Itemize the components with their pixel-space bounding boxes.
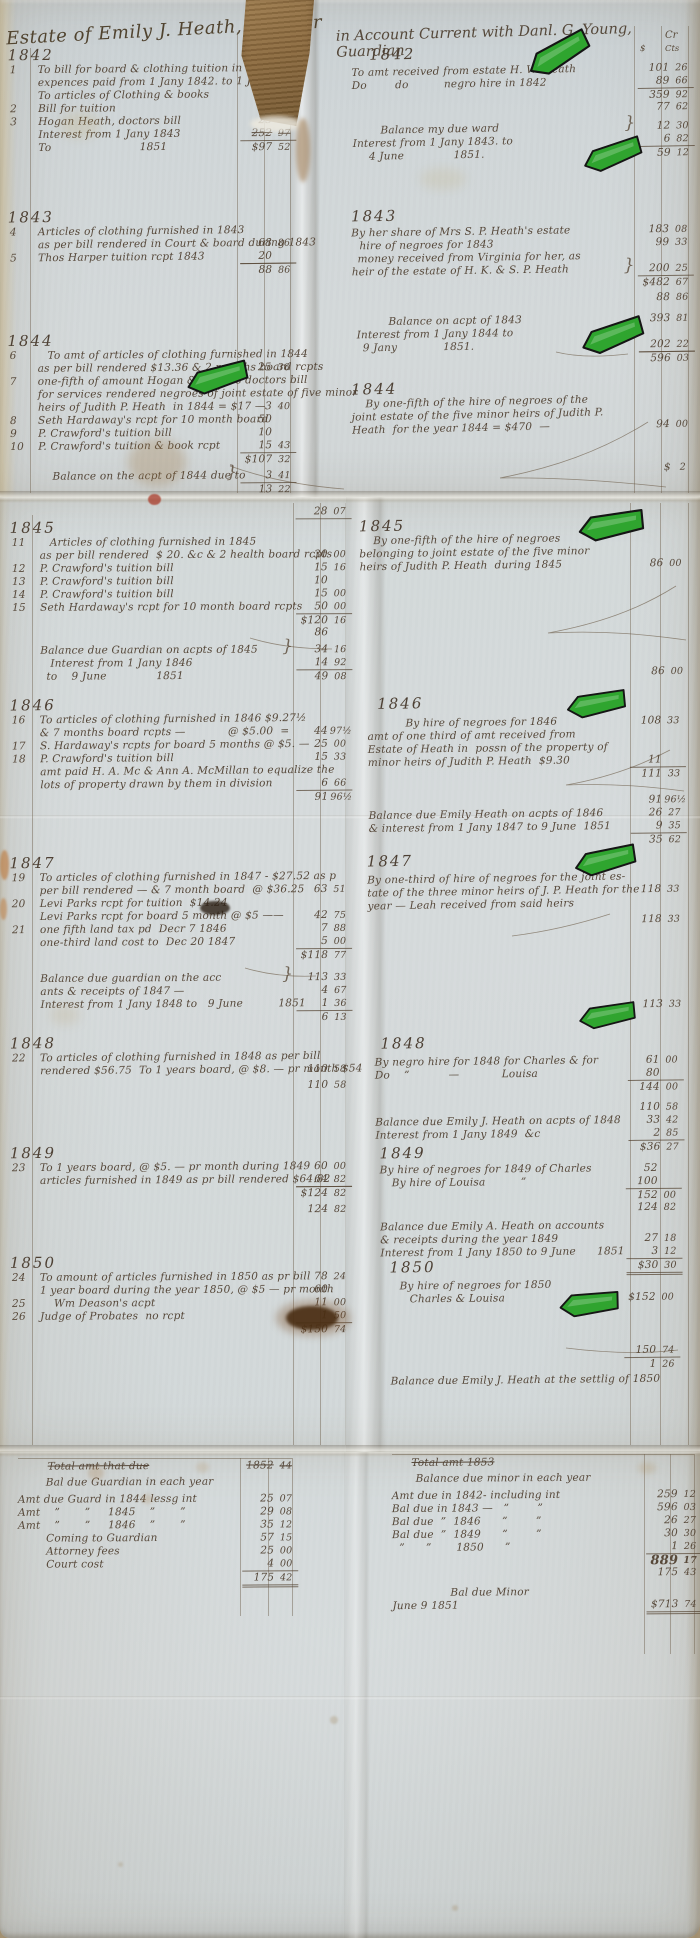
amount-dollars: 59 bbox=[639, 146, 673, 160]
year-heading: 1842 bbox=[351, 43, 697, 64]
amount-dollars: 44 bbox=[296, 725, 330, 738]
amount-dollars: 88 bbox=[240, 264, 274, 277]
amount-cell: 7824 bbox=[296, 1270, 352, 1283]
amount-dollars: 68 bbox=[240, 237, 274, 250]
year-heading: 1846 bbox=[367, 694, 689, 713]
row-number: 15 bbox=[12, 602, 36, 615]
amount-cell: 6100 bbox=[628, 1053, 684, 1067]
torn-paper-edge bbox=[250, 116, 302, 132]
ledger-row: To 1851$9752 bbox=[8, 140, 300, 156]
amount-cents bbox=[660, 1175, 680, 1188]
amount-cents: 08 bbox=[330, 670, 350, 683]
amount-dollars: 80 bbox=[628, 1067, 662, 1080]
amount-cents: 35 bbox=[665, 819, 685, 832]
amount-cents: 42 bbox=[276, 1571, 296, 1584]
ledger-row: 11833 bbox=[368, 912, 690, 930]
amount-cents: 27 bbox=[680, 1514, 700, 1527]
ledger-row: June 9 1851$71374 bbox=[392, 1598, 700, 1613]
row-number: 13 bbox=[12, 576, 36, 589]
ledger-row: $11877 bbox=[10, 948, 356, 963]
row-text: Balance due Emily J. Heath at the settli… bbox=[391, 1373, 661, 1389]
amount-cell: 9196½ bbox=[296, 790, 352, 804]
row-text: By hire of Louisa ” bbox=[392, 1176, 527, 1190]
amount-cell: 11058 bbox=[296, 1063, 352, 1076]
amount-dollars: 34 bbox=[296, 643, 330, 656]
amount-cents: 86 bbox=[672, 291, 692, 304]
amount-cents: 77 bbox=[330, 949, 350, 962]
amount-cell: 8886 bbox=[240, 263, 296, 278]
amount-cell: 136 bbox=[296, 997, 352, 1010]
amount-dollars: 60 bbox=[296, 1160, 330, 1173]
amount-cents: 07 bbox=[276, 1492, 296, 1505]
row-text: P. Crawford's tuition bill bbox=[40, 588, 174, 602]
amount-cents: 26 bbox=[671, 61, 691, 74]
amount-cell: 5000 bbox=[296, 600, 352, 613]
amount-cents: 00 bbox=[662, 1053, 682, 1066]
amount-cents: 2 bbox=[673, 460, 693, 473]
row-text: P. Crawford's tuition bill bbox=[40, 575, 174, 589]
amount-cell: 400 bbox=[242, 1557, 298, 1570]
amount-cents: 00 bbox=[330, 600, 350, 613]
amount-cents bbox=[330, 1283, 350, 1296]
ledger-section-right-1845: 1845By one-fifth of the hire of negroesb… bbox=[359, 516, 693, 683]
row-text: P. Crawford's tuition bill bbox=[40, 562, 174, 576]
amount-dollars: $152 bbox=[624, 1291, 658, 1304]
amount-dollars: 3 bbox=[240, 469, 274, 482]
amount-cents: 82 bbox=[660, 1201, 680, 1214]
amount-cell: 100 bbox=[626, 1175, 682, 1188]
ledger-row: $2 bbox=[353, 460, 699, 480]
amount-dollars: 89 bbox=[638, 74, 672, 88]
amount-dollars: 101 bbox=[637, 61, 671, 75]
amount-dollars: 175 bbox=[242, 1571, 276, 1584]
amount-cents: 62 bbox=[672, 100, 692, 113]
amount-dollars: 57 bbox=[242, 1531, 276, 1544]
amount-dollars: 124 bbox=[626, 1201, 660, 1214]
ledger-row: $12482 bbox=[10, 1186, 356, 1201]
amount-cell: 59603 bbox=[639, 351, 695, 366]
row-number: 26 bbox=[12, 1311, 36, 1324]
year-heading: 1848 bbox=[374, 1034, 687, 1052]
amount-cents: 32 bbox=[274, 453, 294, 466]
amount-cell: 6000 bbox=[296, 1160, 352, 1173]
edge-stain bbox=[0, 898, 7, 920]
amount-cents: 16 bbox=[330, 643, 350, 656]
amount-cents: 26 bbox=[658, 1358, 678, 1371]
amount-dollars: 6 bbox=[296, 777, 330, 790]
row-number: 22 bbox=[12, 1052, 36, 1065]
amount-cents: 82 bbox=[673, 132, 693, 145]
ledger-row: 17542 bbox=[18, 1570, 302, 1584]
ledger-section-right-1849: 1849By hire of negroes for 1849 of Charl… bbox=[379, 1145, 686, 1274]
amount-dollars: 124 bbox=[296, 1203, 330, 1216]
amount-dollars: 7 bbox=[296, 922, 330, 935]
amount-cents: 82 bbox=[330, 1187, 350, 1200]
row-number: 24 bbox=[12, 1272, 36, 1285]
amount-cell: 1516 bbox=[296, 561, 352, 574]
row-number: 10 bbox=[10, 441, 34, 454]
amount-cents bbox=[662, 1066, 682, 1079]
row-text: Articles of clothing furnished in 1845 bbox=[50, 536, 257, 550]
amount-dollars: $713 bbox=[646, 1598, 680, 1611]
ledger-row: 8600 bbox=[361, 665, 693, 683]
amount-cell: 3030 bbox=[646, 1527, 700, 1540]
ledger-section-left-1845: 2807184511Articles of clothing furnished… bbox=[10, 505, 357, 684]
amount-cell: 1322 bbox=[240, 482, 296, 496]
amount-cents: 58 bbox=[330, 1079, 350, 1092]
amount-dollars: 10 bbox=[240, 426, 274, 439]
wax-dot bbox=[148, 494, 161, 505]
amount-cents: 16 bbox=[330, 561, 350, 574]
amount-cell: $10732 bbox=[240, 452, 296, 466]
amount-cents: 58 bbox=[662, 1100, 682, 1113]
amount-cents: 22 bbox=[274, 483, 294, 496]
amount-cents: 86 bbox=[274, 237, 294, 250]
brace-mark: } bbox=[226, 466, 237, 479]
amount-cell: 11058 bbox=[628, 1100, 684, 1114]
ledger-section-right-1846: 1846By hire of negroes for 184610833amt … bbox=[367, 694, 691, 849]
amount-cents: 97½ bbox=[330, 725, 352, 738]
amount-dollars: 118 bbox=[630, 913, 664, 927]
row-text: Amt due Guard in 1844 lessg int bbox=[18, 1493, 197, 1507]
ledger-section-left-1849: 184923To 1 years board, @ $5. — pr month… bbox=[10, 1145, 356, 1218]
amount-dollars: 49 bbox=[296, 670, 330, 683]
amount-dollars: 26 bbox=[646, 1514, 680, 1527]
ledger-row: 8886 bbox=[352, 291, 698, 309]
amount-dollars: 86 bbox=[633, 665, 667, 678]
row-text: Amt ” ” 1845 ” ” bbox=[18, 1506, 186, 1520]
amount-dollars: 15 bbox=[296, 587, 330, 600]
scanned-ledger-document: { "document": { "title_left": "Estate of… bbox=[0, 0, 700, 1938]
amount-cents: 33 bbox=[663, 714, 683, 727]
row-text: Bal due Minor bbox=[450, 1586, 529, 1600]
amount-cents: 36 bbox=[274, 361, 294, 374]
amount-cents bbox=[330, 626, 350, 639]
amount-dollars: 77 bbox=[638, 100, 672, 114]
amount-dollars: 35 bbox=[631, 833, 665, 846]
amount-cents: 66 bbox=[330, 777, 350, 790]
amount-cell: 10 bbox=[240, 426, 296, 439]
amount-cents: 00 bbox=[662, 1080, 682, 1093]
row-text: Judge of Probates no rcpt bbox=[40, 1310, 185, 1324]
ledger-section-right-1850: 1850By hire of negroes for 1850Charles &… bbox=[389, 1258, 684, 1388]
amount-cell: 2807 bbox=[296, 505, 352, 519]
row-text: Heath for the year 1844 = $470 — bbox=[352, 420, 550, 437]
amount-cell: 10833 bbox=[629, 714, 685, 728]
amount-cell: 52 bbox=[626, 1162, 682, 1175]
amount-dollars: 25 bbox=[240, 361, 274, 374]
amount-cell: 5715 bbox=[242, 1531, 298, 1544]
amount-cents: 58 bbox=[330, 1063, 350, 1076]
ledger-section-left-1847: 184719To articles of clothing furnished … bbox=[9, 855, 356, 1025]
row-text: Wm Deason's acpt bbox=[54, 1297, 155, 1311]
year-heading: 1849 bbox=[379, 1145, 685, 1163]
ledger-row: 12482 bbox=[380, 1201, 686, 1217]
amount-cell: 126 bbox=[624, 1357, 680, 1372]
amount-dollars: 100 bbox=[626, 1175, 660, 1188]
row-text: to 9 June 1851 bbox=[46, 670, 183, 684]
ledger-entries: 18421To bill for board & clothing tuitio… bbox=[0, 0, 700, 1938]
amount-cell: 2718 bbox=[626, 1232, 682, 1245]
ledger-row: Balance due Emily J. Heath at the settli… bbox=[391, 1372, 685, 1388]
ledger-section-right-1842: 1842To amt received from estate H. W. He… bbox=[351, 43, 699, 164]
amount-dollars: $107 bbox=[240, 453, 274, 466]
amount-dollars: 10 bbox=[296, 574, 330, 587]
amount-cents: 00 bbox=[672, 418, 692, 431]
amount-cents: 44 bbox=[276, 1459, 296, 1472]
amount-cell: $15200 bbox=[624, 1291, 680, 1305]
amount-cell: 2536 bbox=[240, 361, 296, 374]
amount-dollars: 202 bbox=[639, 338, 673, 351]
ledger-section-right-1847: 1847By one-third of hire of negroes for … bbox=[367, 850, 691, 1015]
amount-cell: 1543 bbox=[240, 439, 296, 452]
row-number: 5 bbox=[10, 252, 34, 265]
amount-cell: 500 bbox=[296, 935, 352, 948]
foxing-spot bbox=[452, 1905, 458, 1911]
ink-blot bbox=[286, 1306, 338, 1330]
row-text: Balance due guardian on the acc bbox=[40, 972, 221, 986]
amount-dollars: 91 bbox=[296, 791, 330, 804]
amount-dollars: 35 bbox=[242, 1518, 276, 1531]
amount-cents: 12 bbox=[660, 1245, 680, 1258]
row-number: 3 bbox=[10, 116, 34, 129]
row-text: Interest from 1 Jany 1846 bbox=[50, 657, 192, 671]
amount-cell: 60 bbox=[296, 1283, 352, 1296]
amount-cents bbox=[660, 1162, 680, 1175]
amount-cents bbox=[664, 753, 684, 766]
amount-cell: $11877 bbox=[296, 948, 352, 962]
amount-cell: $9752 bbox=[240, 140, 296, 154]
foxing-spot bbox=[60, 112, 100, 138]
ledger-section-right-1843: 1843By her share of Mrs S. P. Heath's es… bbox=[351, 206, 699, 369]
amount-cell: 9400 bbox=[638, 417, 694, 431]
row-text: 4 June 1851. bbox=[369, 149, 485, 164]
row-text: Charles & Louisa bbox=[410, 1292, 505, 1306]
amount-cell: 18308 bbox=[637, 223, 693, 237]
amount-cell: 935 bbox=[631, 819, 687, 833]
amount-dollars: 99 bbox=[637, 236, 671, 249]
amount-cell: 7762 bbox=[638, 100, 694, 114]
amount-dollars: 3 bbox=[626, 1245, 660, 1258]
row-text: for services rendered negroes of joint e… bbox=[38, 387, 358, 402]
amount-dollars: 42 bbox=[296, 909, 330, 922]
amount-dollars: 183 bbox=[637, 223, 671, 236]
amount-cents: 43 bbox=[680, 1566, 700, 1579]
amount-cents: 82 bbox=[330, 1203, 350, 1216]
foxing-spot bbox=[420, 168, 466, 190]
year-heading: 1850 bbox=[389, 1258, 683, 1276]
row-number: 1 bbox=[10, 64, 34, 77]
amount-dollars: 5 bbox=[296, 935, 330, 948]
ledger-row: 2807 bbox=[10, 505, 356, 520]
amount-cell: 788 bbox=[296, 922, 352, 935]
foxing-spot bbox=[330, 1716, 338, 1724]
ledger-section-summary-guardian: Total amt that due185244Bal due Guardian… bbox=[18, 1459, 303, 1584]
amount-cents: 07 bbox=[330, 505, 350, 518]
row-text: ” ” 1850 ” bbox=[392, 1541, 511, 1555]
row-text: June 9 1851 bbox=[392, 1600, 458, 1613]
amount-cell: $48267 bbox=[638, 275, 694, 290]
amount-dollars: 26 bbox=[630, 806, 664, 819]
amount-dollars: $124 bbox=[296, 1187, 330, 1200]
amount-cell: 341 bbox=[240, 469, 296, 482]
ledger-row: 86 bbox=[10, 626, 356, 641]
amount-cents: 15 bbox=[276, 1531, 296, 1544]
amount-dollars: 108 bbox=[629, 714, 663, 727]
brace-mark: } bbox=[282, 640, 293, 653]
amount-dollars: 28 bbox=[296, 505, 330, 518]
amount-cell: 12482 bbox=[296, 1203, 352, 1216]
row-text: P. Crawford's tuition & book rcpt bbox=[38, 440, 220, 454]
amount-cell: 2500 bbox=[296, 738, 352, 751]
ledger-row: Total amt that due185244 bbox=[18, 1459, 302, 1473]
amount-dollars: 86 bbox=[296, 626, 330, 639]
amount-dollars: 150 bbox=[624, 1344, 658, 1357]
row-text: P. Crawford's tuition bill bbox=[40, 752, 174, 766]
foxing-spot bbox=[50, 1005, 80, 1025]
foxing-spot bbox=[196, 1462, 209, 1473]
amount-cents: 67 bbox=[672, 276, 692, 289]
amount-cents: 08 bbox=[671, 223, 691, 236]
ledger-row: 17543 bbox=[392, 1566, 700, 1581]
amount-dollars: 12 bbox=[638, 119, 672, 133]
row-number: 7 bbox=[10, 376, 34, 389]
row-number: 18 bbox=[12, 753, 36, 766]
amount-dollars: 61 bbox=[628, 1054, 662, 1067]
amount-cell: 682 bbox=[639, 132, 695, 146]
row-text: To 1851 bbox=[38, 141, 167, 155]
amount-dollars: 30 bbox=[646, 1527, 680, 1540]
amount-cell: 20025 bbox=[638, 262, 694, 276]
amount-cents: 33 bbox=[330, 751, 350, 764]
amount-cents: 41 bbox=[274, 469, 294, 482]
amount-dollars: 1 bbox=[296, 997, 330, 1010]
amount-cell: 86 bbox=[296, 626, 352, 639]
row-text: Balance due Guardian on acpts of 1845 bbox=[40, 644, 258, 658]
amount-cents: 86 bbox=[274, 264, 294, 277]
amount-cents: 12 bbox=[276, 1518, 296, 1531]
amount-cell: 666 bbox=[296, 777, 352, 790]
amount-cents: 12 bbox=[680, 1488, 700, 1501]
row-text: Bal due ” 1846 ” ” bbox=[392, 1515, 542, 1529]
amount-cell: 8966 bbox=[638, 74, 694, 88]
amount-cell: 17542 bbox=[242, 1570, 298, 1587]
amount-cents: 00 bbox=[276, 1557, 296, 1570]
amount-dollars: 86 bbox=[631, 557, 665, 570]
amount-cents: 43 bbox=[274, 439, 294, 452]
amount-dollars: 110 bbox=[628, 1101, 662, 1114]
ledger-row: 3562 bbox=[369, 832, 691, 849]
amount-cents: 74 bbox=[658, 1344, 678, 1357]
foxing-spot bbox=[638, 1462, 656, 1474]
ledger-row: Charles & Louisa$15200 bbox=[390, 1290, 684, 1306]
amount-cents: 00 bbox=[330, 935, 350, 948]
amount-cell: 613 bbox=[296, 1010, 352, 1024]
amount-dollars: 25 bbox=[242, 1492, 276, 1505]
amount-dollars: 118 bbox=[629, 883, 663, 897]
amount-cents: 82 bbox=[330, 1173, 350, 1186]
row-number: 25 bbox=[12, 1298, 36, 1311]
amount-dollars: 94 bbox=[638, 418, 672, 432]
amount-cents bbox=[274, 250, 294, 263]
amount-cents: 03 bbox=[673, 352, 693, 365]
ledger-row: 11333 bbox=[369, 997, 691, 1015]
amount-cents: 00 bbox=[330, 548, 350, 561]
amount-dollars: $482 bbox=[638, 276, 672, 289]
amount-cents: 66 bbox=[672, 74, 692, 87]
amount-cell: 39381 bbox=[638, 312, 694, 326]
amount-cents: 81 bbox=[672, 312, 692, 325]
amount-cents: 33 bbox=[665, 998, 685, 1011]
amount-cell: 3416 bbox=[296, 643, 352, 656]
amount-cents bbox=[274, 413, 294, 426]
row-number: 11 bbox=[12, 537, 36, 550]
amount-dollars: 64 bbox=[296, 1173, 330, 1186]
row-number: 2 bbox=[10, 103, 34, 116]
row-number: 19 bbox=[12, 872, 36, 885]
amount-cents: 26 bbox=[680, 1540, 700, 1553]
amount-dollars: 11 bbox=[630, 753, 664, 766]
row-text: Bal due ” 1849 ” ” bbox=[392, 1528, 542, 1542]
amount-cents: 88 bbox=[330, 922, 350, 935]
row-number: 17 bbox=[12, 740, 36, 753]
amount-dollars: 596 bbox=[646, 1501, 680, 1514]
amount-dollars: 596 bbox=[639, 352, 673, 365]
row-text: Total amt 1853 bbox=[411, 1456, 494, 1470]
amount-cents: 40 bbox=[274, 400, 294, 413]
ledger-row: 126 bbox=[390, 1356, 684, 1372]
amount-cents: 67 bbox=[330, 984, 350, 997]
amount-dollars: 50 bbox=[296, 600, 330, 613]
amount-cents: 85 bbox=[662, 1126, 682, 1139]
amount-cents: 30 bbox=[680, 1527, 700, 1540]
ink-stain bbox=[128, 438, 186, 486]
amount-cell: 80 bbox=[628, 1066, 684, 1080]
row-number: 16 bbox=[12, 714, 36, 727]
amount-cell: 11 bbox=[630, 753, 686, 767]
amount-cents bbox=[274, 426, 294, 439]
amount-cents: 00 bbox=[330, 1160, 350, 1173]
amount-dollars: 1852 bbox=[242, 1459, 276, 1472]
amount-cell: 11058 bbox=[296, 1079, 352, 1092]
amount-cell: 11133 bbox=[630, 766, 686, 781]
amount-dollars: 50 bbox=[240, 413, 274, 426]
amount-cell: 59603 bbox=[646, 1501, 700, 1514]
amount-cell: 10 bbox=[296, 574, 352, 587]
amount-cents: 27 bbox=[664, 806, 684, 819]
ledger-row: 11058 bbox=[10, 1078, 356, 1094]
amount-dollars: 52 bbox=[626, 1162, 660, 1175]
row-number: 12 bbox=[12, 563, 36, 576]
ledger-row: 11133 bbox=[368, 766, 690, 783]
amount-dollars: 25 bbox=[296, 738, 330, 751]
amount-dollars: 1 bbox=[624, 1358, 658, 1371]
row-number: 4 bbox=[10, 226, 34, 239]
amount-cell: 8600 bbox=[631, 557, 687, 571]
amount-cell: 3000 bbox=[296, 548, 352, 561]
amount-cents: 74 bbox=[680, 1598, 700, 1611]
amount-dollars: 3 bbox=[240, 400, 274, 413]
amount-dollars: 2 bbox=[628, 1127, 662, 1140]
amount-cell: 12482 bbox=[626, 1201, 682, 1214]
amount-dollars: $118 bbox=[296, 949, 330, 962]
ledger-section-left-1846: 184616To articles of clothing furnished … bbox=[10, 696, 357, 805]
row-text: heirs of Judith P. Heath during 1845 bbox=[359, 558, 562, 574]
amount-dollars: 175 bbox=[646, 1566, 680, 1579]
amount-cents bbox=[330, 574, 350, 587]
amount-cents: 51 bbox=[330, 883, 350, 896]
row-text: Coming to Guardian bbox=[46, 1532, 158, 1546]
